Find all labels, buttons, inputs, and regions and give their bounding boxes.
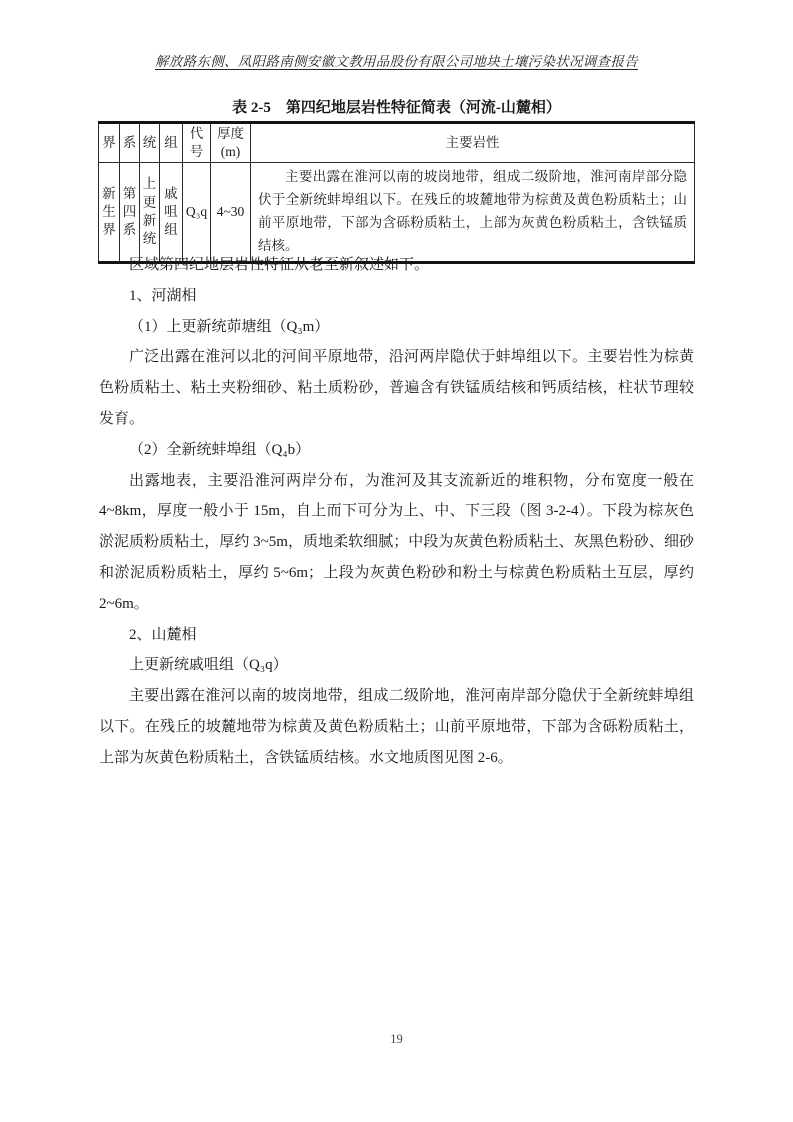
cell-system: 第四系 (120, 163, 140, 263)
paragraph: 出露地表，主要沿淮河两岸分布，为淮河及其支流新近的堆积物，分布宽度一般在 4~8… (99, 466, 694, 620)
paragraph: 广泛出露在淮河以北的河间平原地带，沿河两岸隐伏于蚌埠组以下。主要岩性为棕黄色粉质… (99, 342, 694, 434)
report-page: 解放路东侧、凤阳路南侧安徽文教用品股份有限公司地块土壤污染状况调查报告 表 2-… (0, 0, 793, 1122)
subsection-heading: （2）全新统蚌埠组（Q₄b） (99, 435, 694, 466)
stratigraphy-table: 界 系 统 组 代号 厚度(m) 主要岩性 新生界 第四系 上更新统 戚咀组 Q… (98, 121, 695, 264)
page-number: 19 (0, 1032, 793, 1047)
cell-formation: 戚咀组 (160, 163, 183, 263)
subsection-heading: （1）上更新统茆塘组（Q₃m） (99, 312, 694, 343)
column-header-era: 界 (99, 123, 120, 163)
subsection-heading: 上更新统戚咀组（Q₃q） (99, 650, 694, 681)
section-heading: 1、河湖相 (99, 281, 694, 312)
cell-series: 上更新统 (140, 163, 160, 263)
running-header: 解放路东侧、凤阳路南侧安徽文教用品股份有限公司地块土壤污染状况调查报告 (99, 50, 694, 70)
body-text: 区域第四纪地层岩性特征从老至新叙述如下。 1、河湖相 （1）上更新统茆塘组（Q₃… (99, 250, 694, 774)
cell-code: Q₃q (183, 163, 211, 263)
column-header-code: 代号 (183, 123, 211, 163)
section-heading: 2、山麓相 (99, 620, 694, 651)
cell-thickness: 4~30 (211, 163, 251, 263)
report-title: 解放路东侧、凤阳路南侧安徽文教用品股份有限公司地块土壤污染状况调查报告 (155, 54, 638, 69)
cell-era: 新生界 (99, 163, 120, 263)
paragraph: 区域第四纪地层岩性特征从老至新叙述如下。 (99, 250, 694, 281)
table-caption: 表 2-5 第四纪地层岩性特征简表（河流-山麓相） (99, 96, 694, 117)
cell-lithology: 主要出露在淮河以南的坡岗地带，组成二级阶地，淮河南岸部分隐伏于全新统蚌埠组以下。… (251, 163, 695, 263)
table-header-row: 界 系 统 组 代号 厚度(m) 主要岩性 (99, 123, 695, 163)
column-header-lithology: 主要岩性 (251, 123, 695, 163)
column-header-system: 系 (120, 123, 140, 163)
column-header-series: 统 (140, 123, 160, 163)
table-row: 新生界 第四系 上更新统 戚咀组 Q₃q 4~30 主要出露在淮河以南的坡岗地带… (99, 163, 695, 263)
column-header-thickness: 厚度(m) (211, 123, 251, 163)
paragraph: 主要出露在淮河以南的坡岗地带，组成二级阶地，淮河南岸部分隐伏于全新统蚌埠组以下。… (99, 681, 694, 773)
column-header-formation: 组 (160, 123, 183, 163)
